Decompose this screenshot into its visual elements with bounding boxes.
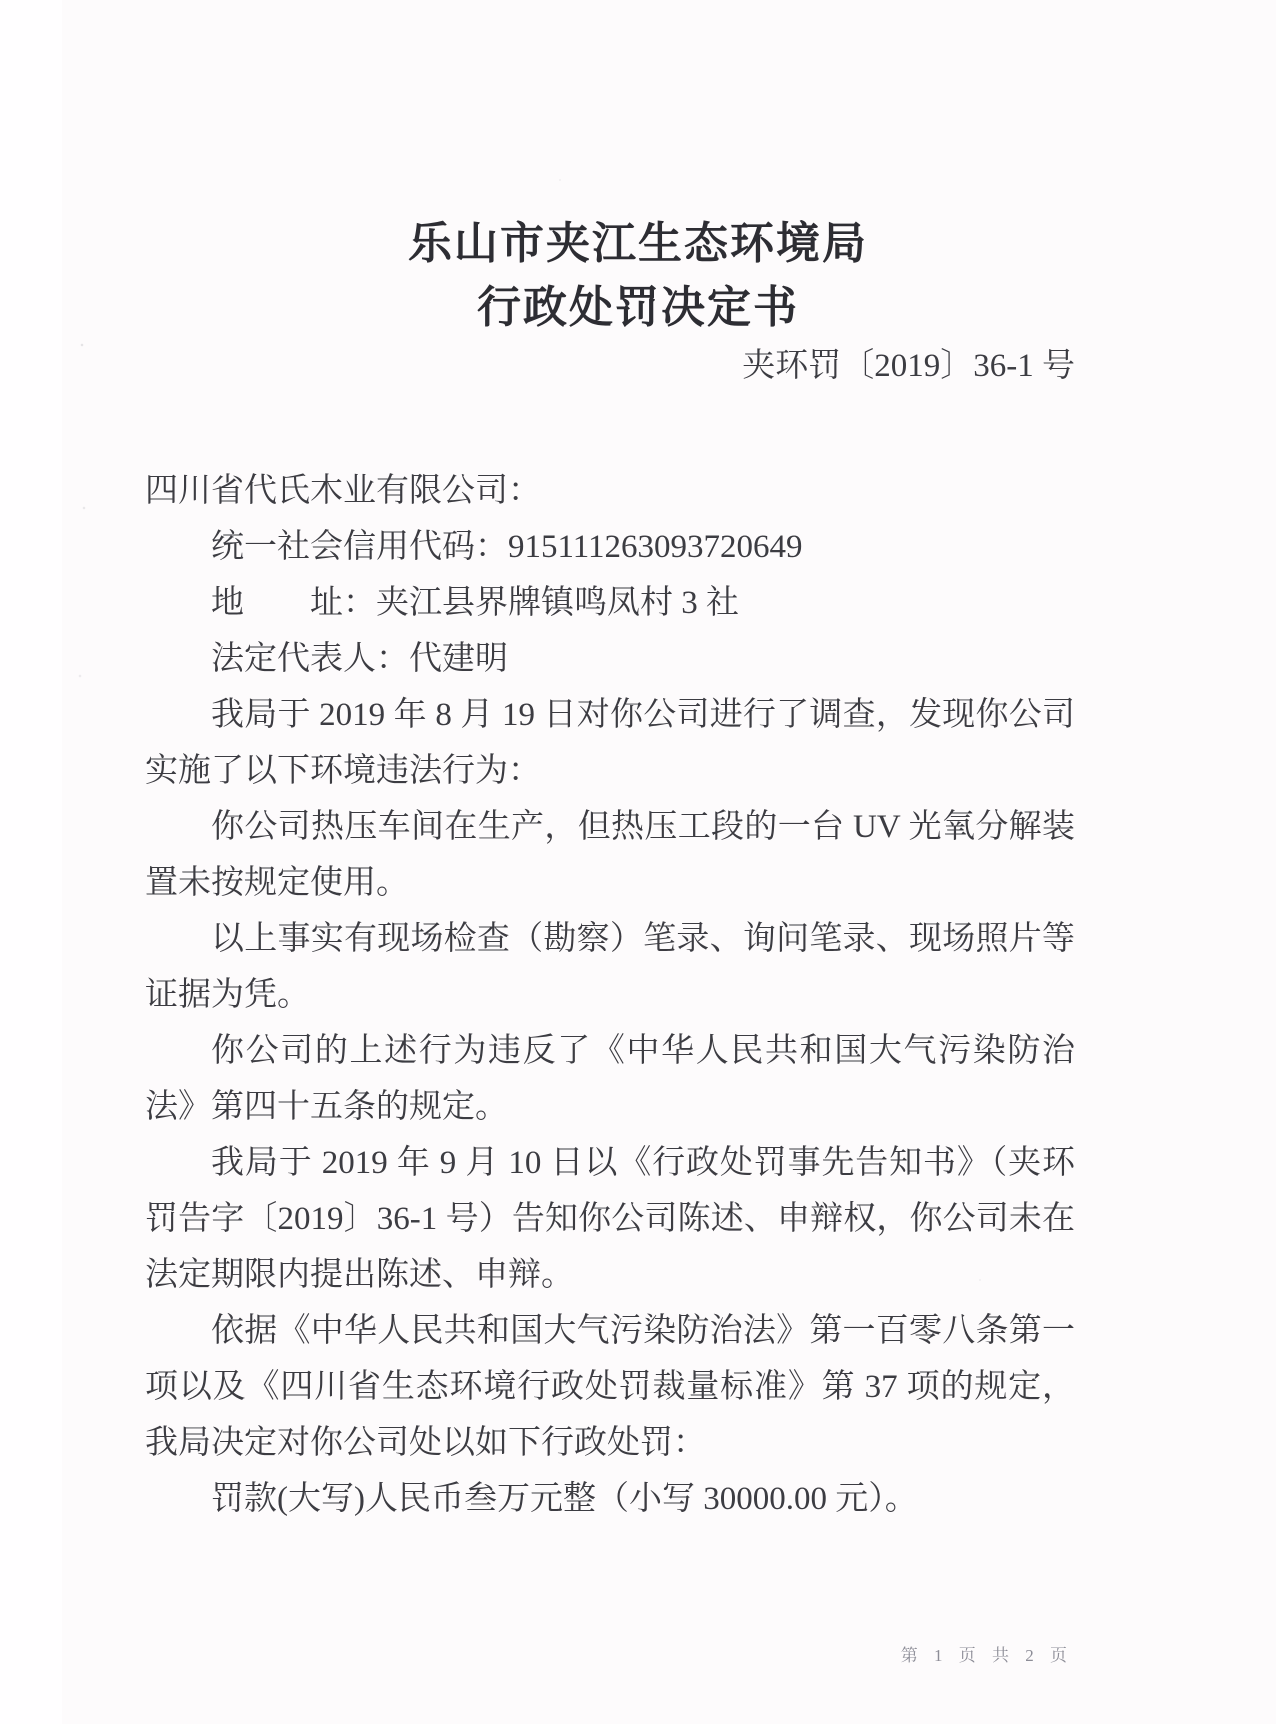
document-title-type: 行政处罚决定书 xyxy=(0,276,1276,340)
paragraph: 地 址：夹江县界牌镇鸣凤村 3 社 xyxy=(145,575,1075,631)
paragraph: 法定代表人：代建明 xyxy=(145,631,1075,687)
paragraph: 我局于 2019 年 8 月 19 日对你公司进行了调查，发现你公司实施了以下环… xyxy=(145,687,1075,799)
document-header: 乐山市夹江生态环境局 行政处罚决定书 xyxy=(0,0,1276,340)
paragraph: 统一社会信用代码：915111263093720649 xyxy=(145,519,1075,575)
paragraph: 罚款(大写)人民币叁万元整（小写 30000.00 元）。 xyxy=(145,1471,1075,1527)
paragraph: 你公司热压车间在生产，但热压工段的一台 UV 光氧分解装置未按规定使用。 xyxy=(145,799,1075,911)
paragraph: 以上事实有现场检查（勘察）笔录、询问笔录、现场照片等证据为凭。 xyxy=(145,911,1075,1023)
document-title-agency: 乐山市夹江生态环境局 xyxy=(0,212,1276,276)
paragraph: 你公司的上述行为违反了《中华人民共和国大气污染防治法》第四十五条的规定。 xyxy=(145,1023,1075,1135)
document-body: 四川省代氏木业有限公司：统一社会信用代码：915111263093720649地… xyxy=(145,463,1075,1527)
document-number: 夹环罚〔2019〕36-1 号 xyxy=(0,344,1276,388)
scanned-document-page: 乐山市夹江生态环境局 行政处罚决定书 夹环罚〔2019〕36-1 号 四川省代氏… xyxy=(0,0,1276,1724)
paragraph: 依据《中华人民共和国大气污染防治法》第一百零八条第一项以及《四川省生态环境行政处… xyxy=(145,1303,1075,1471)
page-indicator: 第 1 页 共 2 页 xyxy=(901,1641,1073,1666)
paragraph: 四川省代氏木业有限公司： xyxy=(145,463,1075,519)
paragraph: 我局于 2019 年 9 月 10 日以《行政处罚事先告知书》（夹环罚告字〔20… xyxy=(145,1135,1075,1303)
scanner-edge-strip xyxy=(0,0,62,1724)
